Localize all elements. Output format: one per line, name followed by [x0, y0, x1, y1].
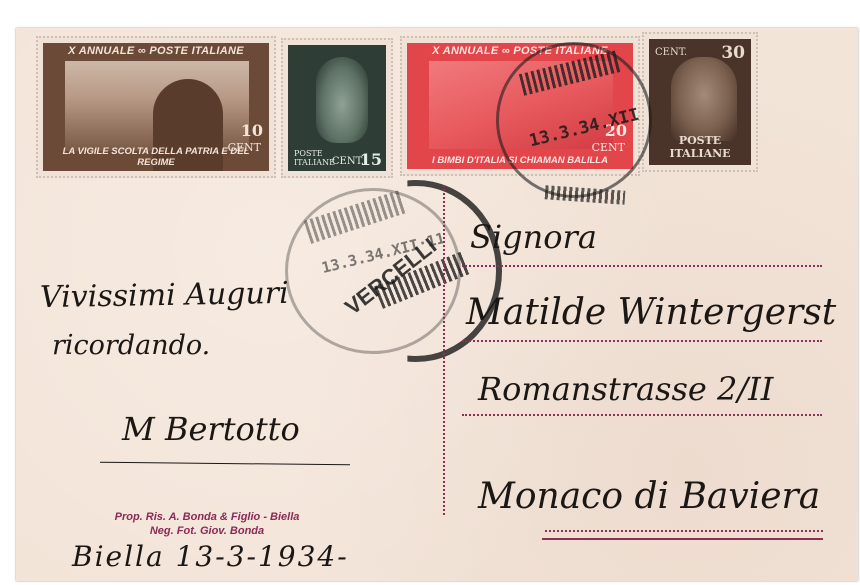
stamp-caption: LA VIGILE SCOLTA DELLA PATRIA E DEL REGI… [43, 146, 269, 168]
address-line-4 [545, 530, 823, 532]
signature: M Bertotto [122, 410, 300, 448]
stamp-header: X ANNUALE ∞ POSTE ITALIANE [43, 45, 269, 57]
address-city: Monaco di Baviera [478, 476, 820, 517]
stamp-portrait-italia [316, 57, 368, 143]
message-line-1: Vivissimi Auguri [40, 276, 289, 315]
stamp-30-cent: CENT. 30 POSTE ITALIANE [642, 32, 758, 172]
place-date: Biella 13-3-1934- [72, 540, 349, 573]
stamp-portrait-king [671, 57, 737, 141]
message-line-2: ricordando. [52, 330, 210, 361]
stamp-value: 30 [721, 43, 745, 63]
address-line-3 [462, 414, 822, 416]
stamp-footer: POSTE ITALIANE [649, 134, 751, 160]
stamp-unit: CENT. [655, 47, 687, 58]
stamp-value: 10 [241, 121, 263, 140]
publisher-imprint: Prop. Ris. A. Bonda & Figlio - Biella Ne… [62, 510, 352, 538]
stamp-label: POSTE ITALIANE [294, 149, 335, 167]
stamp-scene-sentry [65, 61, 249, 151]
card-divider [443, 185, 445, 515]
address-salutation: Signora [470, 218, 597, 256]
stamp-10-cent: X ANNUALE ∞ POSTE ITALIANE 10 CENT LA VI… [36, 36, 276, 178]
address-street: Romanstrasse 2/II [478, 370, 773, 408]
address-name: Matilde Wintergerst [466, 292, 836, 333]
stamp-value: 15 [360, 150, 382, 169]
stamp-15-cent: POSTE ITALIANE CENT. 15 [281, 38, 393, 178]
address-line-4-solid [542, 538, 823, 540]
address-line-1 [462, 265, 822, 267]
address-line-2 [462, 340, 822, 342]
